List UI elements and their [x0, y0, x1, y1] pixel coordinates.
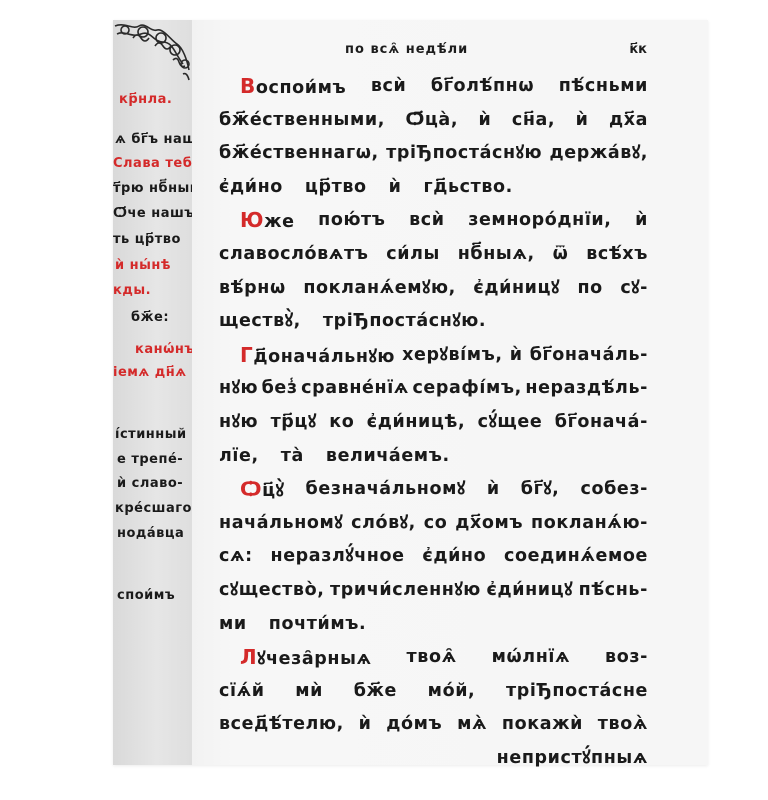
word: дх҃омъ: [455, 507, 523, 541]
word: сꙋщество̀,: [219, 574, 324, 608]
word: пѣ́снь-: [579, 574, 648, 608]
word: ѿ: [553, 238, 569, 272]
left-page-line: бж҃е:: [131, 310, 169, 325]
word: ѝ: [635, 204, 648, 238]
text-line: бж҃е́ственными,Ѻ҃ца̀,ѝсн҃а,ѝдх҃а: [219, 104, 648, 138]
word: сꙋ-: [620, 272, 648, 306]
text-line: сꙋщество̀,тричи́сленнꙋює҆ди́ницꙋпѣ́снь-: [219, 574, 648, 608]
word: соединѧ́емое: [504, 540, 648, 574]
word: си́лы: [386, 238, 440, 272]
word: бг҃онача́ль-: [530, 339, 648, 373]
word: всед҃ѣ́телю,: [219, 708, 344, 742]
red-initial-letter: Л: [240, 645, 257, 669]
open-book: кр҃нла.ѧ бг҃ъ нашъСлава тебѣт҃рю нб҃ныйѺ…: [113, 20, 708, 765]
word: ко: [329, 406, 354, 440]
text-line: Воспои́мъвсѝбг҃олѣ́пнѡпѣ́сньми: [219, 70, 648, 104]
word: нꙋю: [219, 372, 258, 406]
word: тріЂпоста́сне: [506, 675, 648, 709]
word: ми: [219, 608, 247, 642]
text-line: Южепою́тъвсѝземноро́днїи,ѝ: [219, 204, 648, 238]
word: є҆ди́ницѣ,: [367, 406, 465, 440]
word: по: [577, 272, 602, 306]
word: всѝ: [409, 204, 445, 238]
word: бж҃е́ственнагѡ,: [219, 137, 379, 171]
word: нб҃ныѧ,: [458, 238, 535, 272]
word: всѝ: [371, 70, 407, 104]
word: ѝ: [479, 104, 492, 138]
word: нача́льномꙋ: [219, 507, 343, 541]
text-line: ществꙋ̀,тріЂпоста́снꙋю.: [219, 305, 648, 339]
text-line: нача́льномꙋсло́вꙋ,содх҃омъпокланѧ́ю-: [219, 507, 648, 541]
word: бг҃ꙋ,: [521, 473, 560, 507]
right-page: по всѧ̑ недѣ́ли к҃к Воспои́мъвсѝбг҃олѣ́п…: [192, 20, 708, 765]
left-page-line: ѝ славо-: [117, 476, 183, 491]
word: собез-: [580, 473, 648, 507]
text-line: нꙋюбез̾сравне́нїѧсерафі́мъ,нераздѣ́ль-: [219, 372, 648, 406]
text-line: бж҃е́ственнагѡ,тріЂпоста́снꙋюдержа́вꙋ,: [219, 137, 648, 171]
word: безнача́льномꙋ: [306, 473, 466, 507]
left-page-line: канѡ́нъ: [135, 342, 192, 357]
word: славосло́вѧтъ: [219, 238, 368, 272]
word: є҆ди́но: [219, 171, 283, 205]
word: бг҃онача́-: [555, 406, 648, 440]
text-line: Лꙋчеза̑рныѧтвоѧ̑мѡ́лнїѧвоз-: [219, 641, 648, 675]
word: сло́вꙋ,: [351, 507, 416, 541]
red-initial-letter: В: [240, 74, 256, 98]
word: мѧ̀: [457, 708, 487, 742]
word: пѣ́сньми: [559, 70, 648, 104]
word: мѡ́лнїѧ: [492, 641, 571, 675]
word: ѝ: [487, 473, 500, 507]
word: та̀: [281, 440, 304, 474]
word: тричи́сленнꙋю: [330, 574, 481, 608]
word: ѝ: [359, 708, 372, 742]
word: сравне́нїѧ: [301, 372, 409, 406]
word: є҆ди́ницꙋ: [473, 272, 560, 306]
left-page-line: Слава тебѣ: [113, 156, 192, 171]
word: Лꙋчеза̑рныѧ: [240, 641, 372, 675]
word: до́мъ: [386, 708, 442, 742]
word: покажѝ: [502, 708, 583, 742]
word: твоѧ̀: [598, 708, 648, 742]
word: покланѧ́емꙋю,: [303, 272, 456, 306]
word: Ѻ҃ца̀,: [405, 104, 458, 138]
text-line: є҆ди́ноцр҃твоѝгд҃ьство.: [219, 171, 648, 205]
word: серафі́мъ,: [412, 372, 521, 406]
left-page-line: кре́сшаго: [115, 501, 192, 516]
word: Юже: [240, 204, 295, 238]
word: Воспои́мъ: [240, 70, 346, 104]
text-line: нꙋютр҃цꙋкоє҆ди́ницѣ,сꙋ́щеебг҃онача́-: [219, 406, 648, 440]
floral-ornament-icon: [113, 20, 192, 100]
word: дх҃а: [609, 104, 648, 138]
word: бг҃олѣ́пнѡ: [431, 70, 534, 104]
word: сѧ:: [219, 540, 253, 574]
word: є҆ди́ницꙋ: [487, 574, 574, 608]
word: мѝ: [295, 675, 323, 709]
word: лїе,: [219, 440, 259, 474]
text-line: сїѧ́ймѝбж҃емо́й,тріЂпоста́сне: [219, 675, 648, 709]
word: Ѻц҃ꙋ̀: [240, 473, 284, 507]
page-number: к҃к: [629, 42, 647, 57]
word: ѝ: [510, 339, 523, 373]
word: бж҃е: [354, 675, 397, 709]
word: сꙋ́щее: [478, 406, 543, 440]
text-line: вѣ́рнѡпокланѧ́емꙋю,є҆ди́ницꙋпосꙋ-: [219, 272, 648, 306]
word: нꙋю: [219, 406, 258, 440]
word: без̾: [262, 372, 298, 406]
word: почти́мъ.: [269, 608, 366, 642]
word: сн҃а,: [512, 104, 555, 138]
text-line: лїе,та̀велича́емъ.: [219, 440, 648, 474]
red-initial-letter: Г: [240, 343, 253, 367]
red-initial-letter: Ю: [240, 208, 264, 232]
red-initial-letter: Ѻ: [240, 477, 262, 501]
left-page-line: іемѧ дн҃ѧ: [113, 365, 187, 380]
left-page-line: ть цр҃тво: [113, 232, 181, 247]
left-page-line: е трепе́-: [117, 452, 183, 467]
text-line: мипочти́мъ.: [219, 608, 648, 642]
word: тріЂпоста́снꙋю.: [323, 305, 486, 339]
text-line: сѧ:неразлꙋ́чноеє҆ди́носоединѧ́емое: [219, 540, 648, 574]
word: є҆ди́но: [422, 540, 486, 574]
left-page-line: кды.: [113, 283, 151, 298]
word: сїѧ́й: [219, 675, 265, 709]
word: земноро́днїи,: [468, 204, 611, 238]
left-page-line: спои́мъ: [117, 588, 175, 603]
left-page-line: і́стинный: [115, 427, 187, 442]
word: велича́емъ.: [326, 440, 450, 474]
word: твоѧ̑: [407, 641, 457, 675]
word: воз-: [605, 641, 648, 675]
word: пою́тъ: [318, 204, 385, 238]
word: со: [424, 507, 448, 541]
left-page-line: ѧ бг҃ъ нашъ: [115, 132, 192, 147]
running-head: по всѧ̑ недѣ́ли: [345, 42, 468, 57]
word: Гд҃оначáльнꙋю: [240, 339, 395, 373]
word: ществꙋ̀,: [219, 305, 301, 339]
word: непристꙋ́пныѧ: [497, 742, 648, 776]
word: держа́вꙋ,: [550, 137, 648, 171]
word: цр҃тво: [305, 171, 367, 205]
left-page-line: Ѻ҃че нашъ: [113, 206, 192, 221]
left-page-line: т҃рю нб҃ный: [113, 181, 192, 196]
word: всѣ́хъ: [586, 238, 648, 272]
word: бж҃е́ственными,: [219, 104, 385, 138]
text-line: Ѻц҃ꙋ̀безнача́льномꙋѝбг҃ꙋ,собез-: [219, 473, 648, 507]
word: тріЂпоста́снꙋю: [386, 137, 542, 171]
liturgical-text: Воспои́мъвсѝбг҃олѣ́пнѡпѣ́сньмибж҃е́ствен…: [219, 70, 648, 775]
left-page-line: кр҃нла.: [119, 92, 172, 107]
left-page: кр҃нла.ѧ бг҃ъ нашъСлава тебѣт҃рю нб҃ныйѺ…: [113, 20, 192, 765]
text-line: славосло́вѧтъси́лынб҃ныѧ,ѿвсѣ́хъ: [219, 238, 648, 272]
word: гд҃ьство.: [424, 171, 513, 205]
text-line: Гд҃оначáльнꙋюхерꙋві́мъ,ѝбг҃онача́ль-: [219, 339, 648, 373]
word: мо́й,: [428, 675, 476, 709]
word: херꙋві́мъ,: [402, 339, 502, 373]
word: нераздѣ́ль-: [525, 372, 648, 406]
text-line: всед҃ѣ́телю,ѝдо́мъмѧ̀покажѝтвоѧ̀: [219, 708, 648, 742]
word: неразлꙋ́чное: [271, 540, 405, 574]
word: покланѧ́ю-: [531, 507, 648, 541]
word: тр҃цꙋ: [271, 406, 317, 440]
left-page-line: ѝ ны́нѣ: [115, 258, 171, 273]
left-page-line: нода́вца: [117, 526, 184, 541]
word: ѝ: [576, 104, 589, 138]
word: вѣ́рнѡ: [219, 272, 286, 306]
text-line: непристꙋ́пныѧ: [219, 742, 648, 776]
word: ѝ: [389, 171, 402, 205]
